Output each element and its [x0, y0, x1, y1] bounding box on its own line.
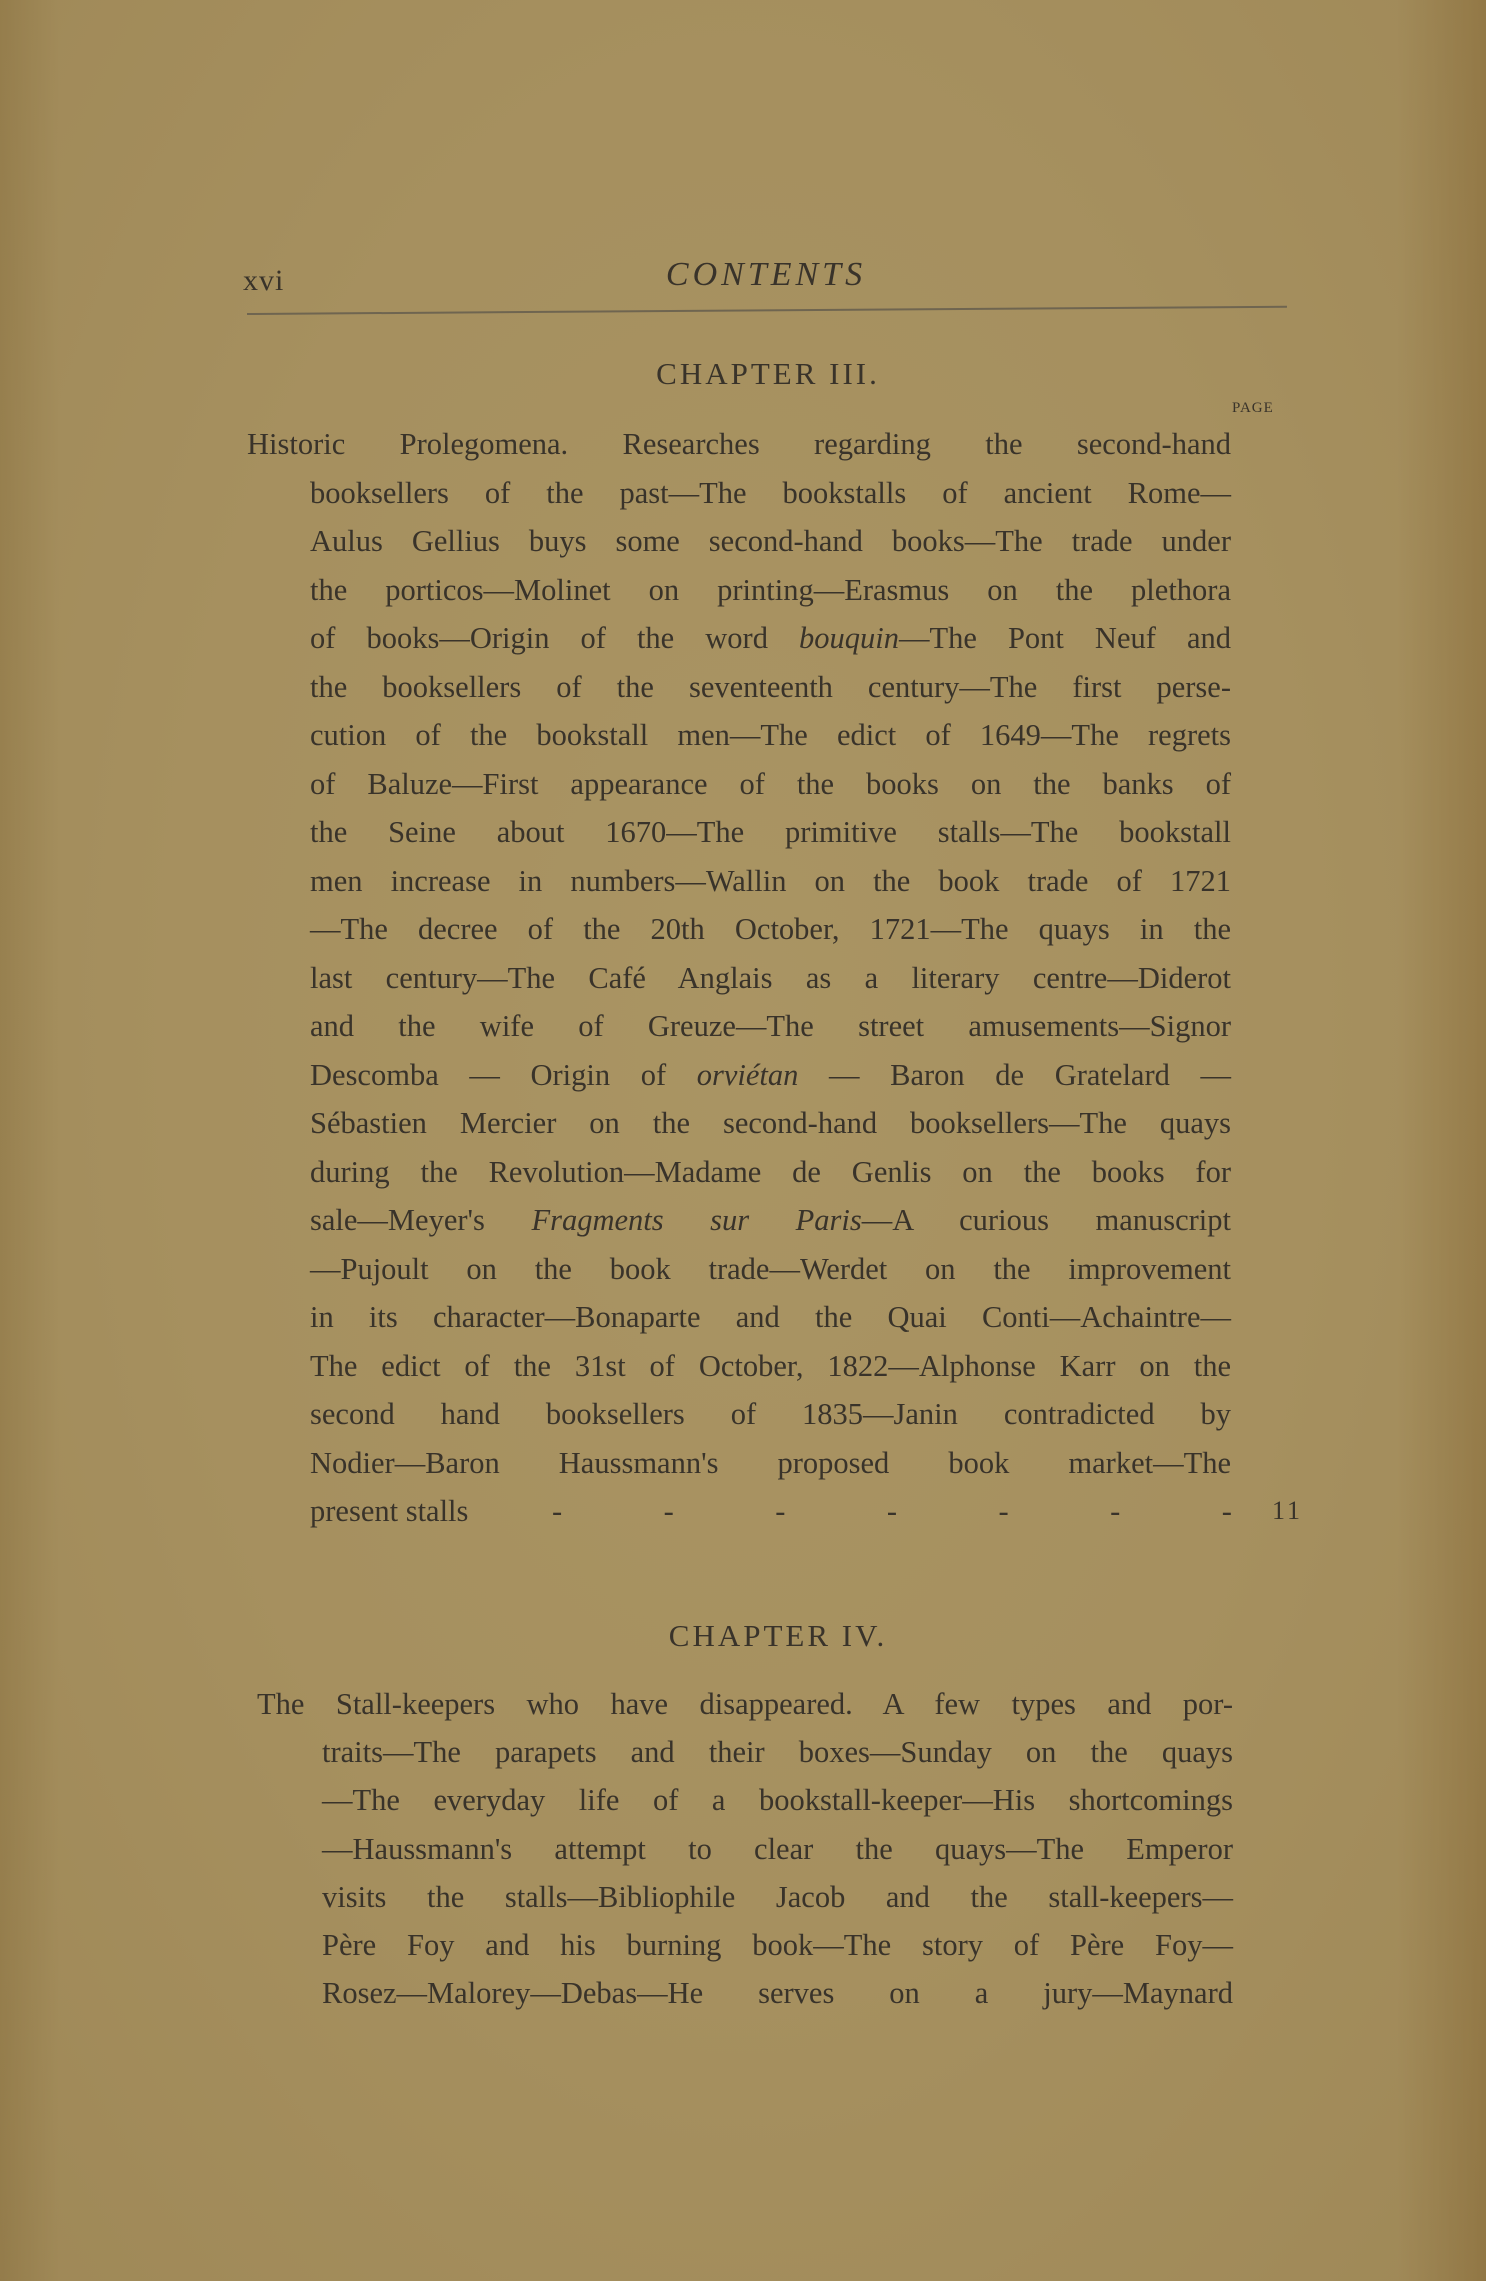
toc-line: Descomba — Origin of orviétan — Baron de… [310, 1051, 1231, 1099]
leader-dot: - [552, 1487, 562, 1535]
toc-line: Historic Prolegomena. Researches regardi… [247, 420, 1231, 468]
running-head-title: CONTENTS [0, 256, 1486, 294]
toc-text: visits the stalls—Bibliophile Jacob and … [322, 1880, 1233, 1914]
toc-line: cution of the bookstall men—The edict of… [310, 711, 1231, 759]
toc-line: The Stall-keepers who have disappeared. … [257, 1680, 1233, 1728]
toc-text: —The decree of the 20th October, 1721—Th… [310, 912, 1231, 946]
leader-dot: - [887, 1487, 897, 1535]
toc-text: of Baluze—First appearance of the books … [310, 767, 1231, 801]
toc-text: Descomba — Origin of [310, 1058, 697, 1092]
toc-line: booksellers of the past—The bookstalls o… [310, 469, 1231, 517]
chapter-heading: CHAPTER III. [0, 356, 1486, 392]
toc-line: last century—The Café Anglais as a liter… [310, 954, 1231, 1002]
toc-text: —The everyday life of a bookstall-keeper… [322, 1783, 1233, 1817]
toc-text: in its character—Bonaparte and the Quai … [310, 1300, 1231, 1334]
toc-text: The edict of the 31st of October, 1822—A… [310, 1349, 1231, 1383]
page-column-label: PAGE [1232, 400, 1274, 417]
toc-line: —Pujoult on the book trade—Werdet on the… [310, 1245, 1231, 1293]
toc-text: Rosez—Malorey—Debas—He serves on a jury—… [322, 1976, 1233, 2010]
leader-dot: - [775, 1487, 785, 1535]
toc-text: the booksellers of the seventeenth centu… [310, 670, 1231, 704]
toc-text: —A curious manuscript [862, 1203, 1231, 1237]
italic-term: orviétan [697, 1058, 799, 1092]
toc-line: during the Revolution—Madame de Genlis o… [310, 1148, 1231, 1196]
toc-line: traits—The parapets and their boxes—Sund… [322, 1728, 1233, 1776]
toc-line: in its character—Bonaparte and the Quai … [310, 1293, 1231, 1341]
toc-text: Aulus Gellius buys some second-hand book… [310, 524, 1231, 558]
toc-text: The Stall-keepers who have disappeared. … [257, 1687, 1233, 1721]
toc-text: Historic Prolegomena. Researches regardi… [247, 427, 1231, 461]
italic-term: Fragments sur Paris [531, 1203, 861, 1237]
header-rule [247, 306, 1287, 315]
book-page: xvi CONTENTS CHAPTER III. PAGE Historic … [0, 0, 1486, 2281]
toc-text: —Haussmann's attempt to clear the quays—… [322, 1832, 1233, 1866]
toc-text: of books—Origin of the word [310, 621, 799, 655]
toc-text: men increase in numbers—Wallin on the bo… [310, 864, 1231, 898]
chapter-heading: CHAPTER IV. [0, 1618, 1486, 1654]
toc-text: Nodier—Baron Haussmann's proposed book m… [310, 1446, 1231, 1480]
toc-text: booksellers of the past—The bookstalls o… [310, 476, 1231, 510]
toc-line: Père Foy and his burning book—The story … [322, 1921, 1233, 1969]
dot-leaders: ------- [552, 1487, 1232, 1535]
toc-line: —The decree of the 20th October, 1721—Th… [310, 905, 1231, 953]
toc-page-number[interactable]: 11 [1272, 1487, 1303, 1535]
toc-line: sale—Meyer's Fragments sur Paris—A curio… [310, 1196, 1231, 1244]
toc-line: —Haussmann's attempt to clear the quays—… [322, 1825, 1233, 1873]
toc-line: Nodier—Baron Haussmann's proposed book m… [310, 1439, 1231, 1487]
toc-text: cution of the bookstall men—The edict of… [310, 718, 1231, 752]
toc-line: second hand booksellers of 1835—Janin co… [310, 1390, 1231, 1438]
toc-text: the Seine about 1670—The primitive stall… [310, 815, 1231, 849]
toc-last-line-text: present stalls [310, 1487, 468, 1535]
toc-text: traits—The parapets and their boxes—Sund… [322, 1735, 1233, 1769]
toc-line: men increase in numbers—Wallin on the bo… [310, 857, 1231, 905]
toc-line: of books—Origin of the word bouquin—The … [310, 614, 1231, 662]
toc-line: the Seine about 1670—The primitive stall… [310, 808, 1231, 856]
toc-line: of Baluze—First appearance of the books … [310, 760, 1231, 808]
toc-line: and the wife of Greuze—The street amusem… [310, 1002, 1231, 1050]
toc-text: Père Foy and his burning book—The story … [322, 1928, 1233, 1962]
toc-text: — Baron de Gratelard — [798, 1058, 1231, 1092]
leader-dot: - [999, 1487, 1009, 1535]
toc-text: second hand booksellers of 1835—Janin co… [310, 1397, 1231, 1431]
toc-text: and the wife of Greuze—The street amusem… [310, 1009, 1231, 1043]
leader-dot: - [1110, 1487, 1120, 1535]
toc-text: the porticos—Molinet on printing—Erasmus… [310, 573, 1231, 607]
toc-line: the booksellers of the seventeenth centu… [310, 663, 1231, 711]
toc-text: Sébastien Mercier on the second-hand boo… [310, 1106, 1231, 1140]
toc-line: Rosez—Malorey—Debas—He serves on a jury—… [322, 1969, 1233, 2017]
toc-line: the porticos—Molinet on printing—Erasmus… [310, 566, 1231, 614]
toc-text: during the Revolution—Madame de Genlis o… [310, 1155, 1231, 1189]
toc-last-line: present stalls ------- 11 [310, 1487, 1300, 1535]
toc-text: sale—Meyer's [310, 1203, 531, 1237]
toc-line: The edict of the 31st of October, 1822—A… [310, 1342, 1231, 1390]
toc-line: —The everyday life of a bookstall-keeper… [322, 1776, 1233, 1824]
toc-line: Aulus Gellius buys some second-hand book… [310, 517, 1231, 565]
toc-line: visits the stalls—Bibliophile Jacob and … [322, 1873, 1233, 1921]
toc-line: Sébastien Mercier on the second-hand boo… [310, 1099, 1231, 1147]
toc-text: —The Pont Neuf and [899, 621, 1231, 655]
leader-dot: - [664, 1487, 674, 1535]
leader-dot: - [1222, 1487, 1232, 1535]
toc-text: —Pujoult on the book trade—Werdet on the… [310, 1252, 1231, 1286]
toc-text: last century—The Café Anglais as a liter… [310, 961, 1231, 995]
italic-term: bouquin [799, 621, 899, 655]
